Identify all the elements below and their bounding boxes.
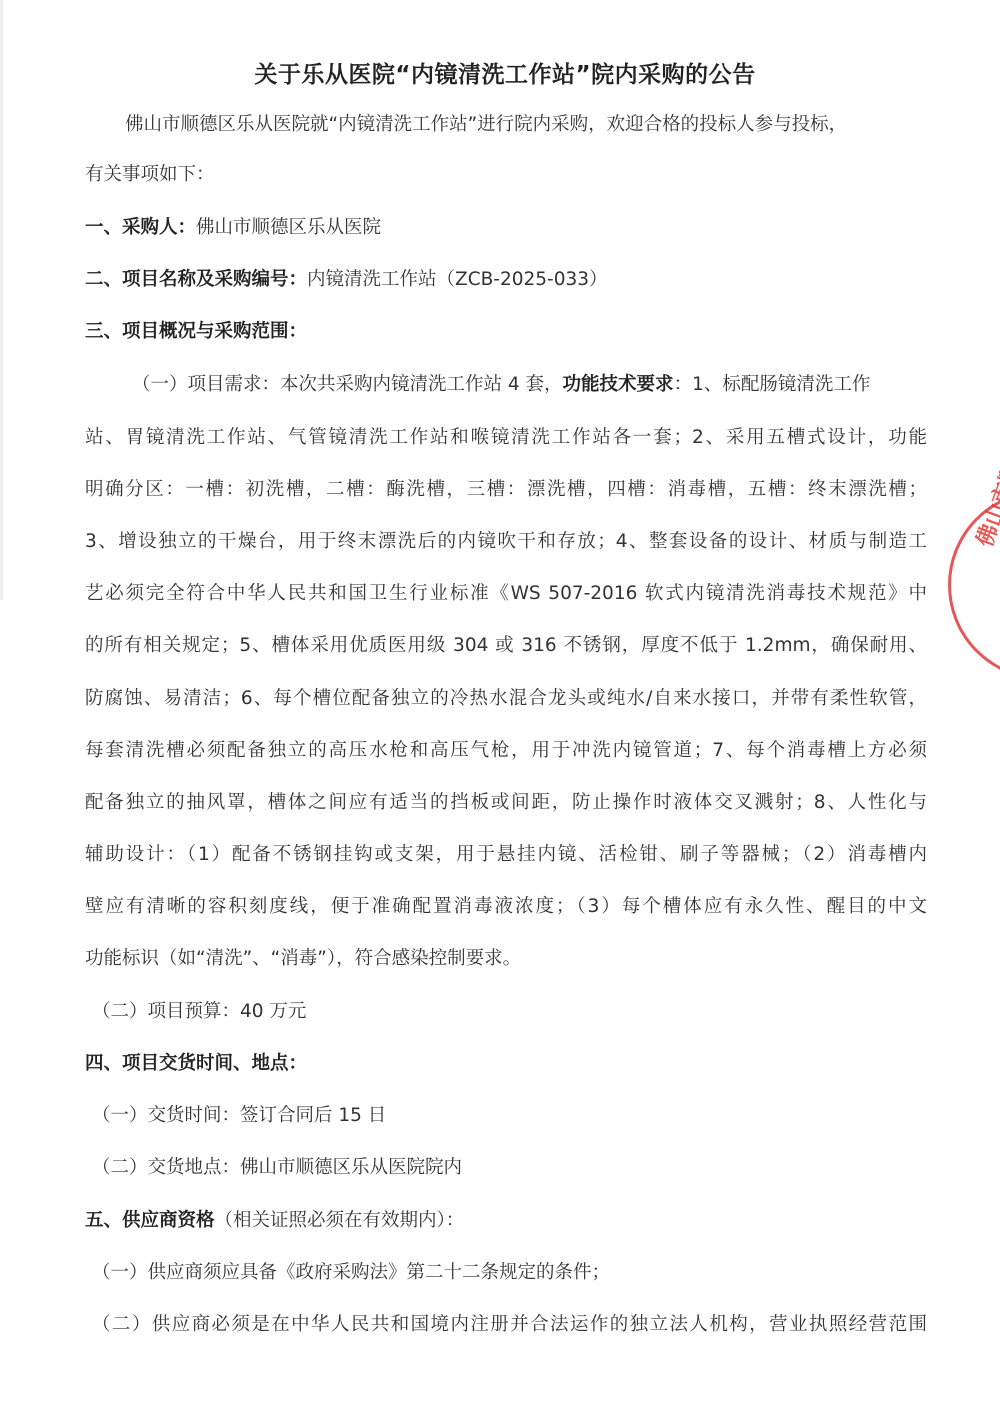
section-supplier-qualification: 五、供应商资格（相关证照必须在有效期内）： — [85, 1209, 464, 1233]
requirements-line: 防腐蚀、易清洁；6、每个槽位配备独立的冷热水混合龙头或纯水/自来水接口，并带有柔… — [85, 687, 927, 711]
requirements-line: 辅助设计：（1）配备不锈钢挂钩或支架，用于悬挂内镜、活检钳、刷子等器械；（2）消… — [85, 843, 927, 867]
requirements-line: 壁应有清晰的容积刻度线，便于准确配置消毒液浓度；（3）每个槽体应有永久性、醒目的… — [85, 895, 927, 919]
document-page: 关于乐从医院“内镜清洗工作站”院内采购的公告 佛山市顺德区乐从医院就“内镜清洗工… — [0, 0, 1000, 1413]
project-name-code: 内镜清洗工作站（ZCB-2025-033） — [307, 269, 608, 290]
section-heading: 三、项目概况与采购范围： — [85, 321, 307, 342]
section-scope-heading: 三、项目概况与采购范围： — [85, 320, 307, 344]
purchaser-name: 佛山市顺德区乐从医院 — [196, 217, 381, 238]
requirements-line-0: （一）项目需求：本次共采购内镜清洗工作站 4 套，功能技术要求：1、标配肠镜清洗… — [132, 373, 870, 397]
requirements-line: 明确分区：一槽：初洗槽，二槽：酶洗槽，三槽：漂洗槽，四槽：消毒槽，五槽：终末漂洗… — [85, 478, 927, 502]
document-title: 关于乐从医院“内镜清洗工作站”院内采购的公告 — [0, 56, 1000, 89]
requirements-line: 功能标识（如“清洗”、“消毒”），符合感染控制要求。 — [85, 947, 521, 971]
intro-line-2: 有关事项如下： — [85, 163, 215, 187]
requirements-line: 配备独立的抽风罩，槽体之间应有适当的挡板或间距，防止操作时液体交叉溅射；8、人性… — [85, 791, 927, 815]
delivery-time: （一）交货时间：签订合同后 15 日 — [92, 1104, 386, 1128]
scan-edge — [0, 0, 3, 600]
qualification-note: （相关证照必须在有效期内）： — [215, 1210, 465, 1231]
requirements-line: 3、增设独立的干燥台，用于终末漂洗后的内镜吹干和存放；4、整套设备的设计、材质与… — [85, 530, 927, 554]
section-project-name: 二、项目名称及采购编号：内镜清洗工作站（ZCB-2025-033） — [85, 268, 608, 292]
qualification-item-1: （一）供应商须应具备《政府采购法》第二十二条规定的条件； — [92, 1261, 610, 1285]
tech-requirements-label: 功能技术要求 — [563, 374, 674, 395]
seal-text: 佛山市顺 — [968, 457, 1000, 550]
requirements-line: 每套清洗槽必须配备独立的高压水枪和高压气枪，用于冲洗内镜管道；7、每个消毒槽上方… — [85, 739, 927, 763]
qualification-item-2: （二）供应商必须是在中华人民共和国境内注册并合法运作的独立法人机构，营业执照经营… — [92, 1313, 927, 1337]
requirements-line: 艺必须完全符合中华人民共和国卫生行业标准《WS 507-2016 软式内镜清洗消… — [85, 582, 927, 606]
requirements-line: 站、胃镜清洗工作站、气管镜清洗工作站和喉镜清洗工作站各一套；2、采用五槽式设计，… — [85, 426, 927, 450]
section-heading: 二、项目名称及采购编号： — [85, 269, 307, 290]
section-heading: 四、项目交货时间、地点： — [85, 1053, 307, 1074]
section-heading: 五、供应商资格 — [85, 1210, 215, 1231]
section-purchaser: 一、采购人：佛山市顺德区乐从医院 — [85, 216, 381, 240]
section-heading: 一、采购人： — [85, 217, 196, 238]
delivery-location: （二）交货地点：佛山市顺德区乐从医院院内 — [92, 1156, 462, 1180]
section-delivery-heading: 四、项目交货时间、地点： — [85, 1052, 307, 1076]
intro-line-1: 佛山市顺德区乐从医院就“内镜清洗工作站”进行院内采购，欢迎合格的投标人参与投标， — [125, 113, 847, 137]
project-budget: （二）项目预算：40 万元 — [92, 1000, 306, 1024]
requirements-line: 的所有相关规定；5、槽体采用优质医用级 304 或 316 不锈钢，厚度不低于 … — [85, 634, 927, 658]
